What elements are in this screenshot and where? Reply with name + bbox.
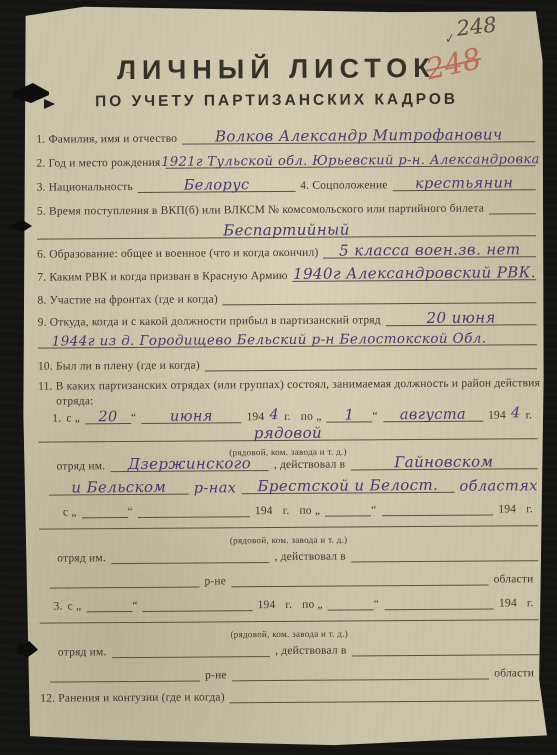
field-3-4-row: 3. Национальность Белорус 4. Соцположени… — [37, 171, 536, 193]
service-1-month-from: июня — [170, 408, 213, 424]
rne-label: р-не — [204, 575, 231, 587]
service-1-day-to-line: 1 — [326, 402, 372, 422]
service-2-position-line — [39, 511, 538, 529]
field-7-value: 1940г Александровский РВК. — [293, 263, 536, 283]
service-3-region-line2 — [232, 660, 490, 682]
field-6-label: 6. Образование: общее и военное (что и к… — [37, 247, 323, 261]
service-1-position: рядовой — [254, 424, 322, 442]
otryad-label: отряд им. — [58, 646, 112, 658]
field-12-label: 12. Ранения и контузии (где и когда) — [40, 691, 230, 704]
field-10-line — [205, 349, 537, 371]
field-3-label: 3. Национальность — [37, 181, 138, 194]
field-1-line: Волков Александр Митрофанович — [182, 122, 535, 144]
service-1-day-from-line: 20 — [85, 404, 131, 424]
service-1-otryad-line: Дзержинского — [110, 451, 269, 472]
field-1-value: Волков Александр Митрофанович — [215, 125, 503, 145]
form-content: ✓ 248 – ЛИЧНЫЙ ЛИСТОК 248 ПО УЧЕТУ ПАРТИ… — [0, 0, 557, 755]
field-3-line: Белорус — [138, 172, 295, 193]
field-5-row: 5. Время поступления в ВКП(б) или ВЛКСМ … — [37, 195, 536, 217]
page-number-pencil: 248 — [455, 12, 498, 40]
service-1-month-from-line: июня — [141, 403, 241, 424]
acted-label: , действовал в — [274, 550, 351, 563]
field-1-label: 1. Фамилия, имя и отчество — [36, 133, 182, 146]
field-2-row: 2. Год и место рождения 1921г Тульской о… — [36, 147, 535, 169]
year-printed: 194 — [488, 409, 511, 421]
field-10-label: 10. Был ли в плену (где и когда) — [38, 360, 205, 373]
quote-mark: “ — [131, 412, 141, 424]
service-2-region-line2 — [231, 566, 489, 588]
field-7-label: 7. Каким РВК и когда призван в Красную А… — [37, 270, 292, 284]
field-8-line — [223, 283, 537, 305]
service-3-position-line — [40, 605, 539, 623]
field-5-label: 5. Время поступления в ВКП(б) или ВЛКСМ … — [37, 203, 489, 218]
service-1-otryad-value: Дзержинского — [128, 454, 251, 473]
service-1-region-line1: и Бельском — [49, 475, 189, 496]
field-4-line: крестьянин — [393, 170, 536, 191]
service-1-region-line2: Брестской и Белост. — [241, 473, 454, 494]
service-1-year-to-hand: 4 — [511, 405, 521, 421]
service-1-num: 1. — [52, 412, 66, 424]
field-5-value-row: Беспартийный — [37, 217, 536, 239]
field-2-label: 2. Год и место рождения — [36, 157, 165, 170]
oblast-label: области — [494, 667, 539, 679]
year-suffix: г. — [284, 411, 296, 423]
field-5-value: Беспартийный — [223, 220, 350, 239]
field-9-value2: 1944г из д. Городищево Бельский р-н Бело… — [52, 331, 487, 350]
field-9-value2-row: 1944г из д. Городищево Бельский р-н Бело… — [38, 326, 537, 348]
service-1-oblast-hand: областях — [459, 478, 537, 495]
field-9-value1: 20 июня — [426, 308, 495, 326]
field-10-row: 10. Был ли в плену (где и когда) — [38, 350, 537, 372]
quote-mark: “ — [372, 410, 382, 422]
service-3-region-line1 — [50, 662, 200, 683]
service-1-acted-value: Гайновском — [394, 453, 493, 472]
field-9-line1: 20 июня — [386, 305, 537, 326]
service-1-region-hand1: и Бельском — [71, 478, 166, 497]
field-9-line2: 1944г из д. Городищево Бельский р-н Бело… — [38, 325, 537, 348]
field-4-label: 4. Соцположение — [300, 179, 392, 192]
field-8-label: 8. Участие на фронтах (где и когда) — [37, 293, 223, 306]
service-1-acted-line: Гайновском — [350, 449, 538, 470]
service-1-day-to: 1 — [345, 407, 355, 423]
field-6-row: 6. Образование: общее и военное (что и к… — [37, 238, 536, 260]
year-printed: 194 — [247, 411, 270, 423]
service-3-acted-line — [351, 635, 539, 656]
service-2-otryad-line — [111, 543, 270, 564]
field-5-line-short — [489, 194, 536, 214]
year-suffix: г. — [526, 409, 538, 421]
service-2-acted-line — [351, 541, 539, 562]
scanned-document: { "header": { "page_number": "248", "che… — [0, 0, 557, 755]
rne-label: р-не — [205, 669, 232, 681]
field-12-line — [230, 681, 540, 703]
oblast-label: области — [494, 573, 539, 585]
otryad-label: отряд им. — [57, 552, 111, 564]
service-3-region-row: р-не области — [50, 660, 539, 682]
field-2-line: 1921г Тульской обл. Юрьевский р-н. Алекс… — [165, 146, 535, 169]
field-12-row: 12. Ранения и контузии (где и когда) — [40, 682, 539, 704]
field-7-line: 1940г Александровский РВК. — [293, 260, 537, 282]
field-4-value: крестьянин — [415, 175, 513, 192]
service-1-position-line: рядовой — [38, 421, 537, 442]
service-1-day-from: 20 — [98, 409, 117, 425]
service-1-region-row: и Бельском р-нах Брестской и Белост. обл… — [49, 473, 538, 495]
service-1-year-from-hand: 4 — [269, 407, 279, 423]
service-2-region-row: р-не области — [49, 566, 538, 588]
field-6-value: 5 класса воен.зв. нет — [339, 240, 521, 259]
field-1-row: 1. Фамилия, имя и отчество Волков Алекса… — [36, 123, 535, 145]
service-2-position-row — [39, 512, 538, 529]
service-1-otryad-row: отряд им. Дзержинского , действовал в Га… — [57, 450, 538, 472]
field-8-row: 8. Участие на фронтах (где и когда) — [37, 284, 536, 306]
service-1-position-row: рядовой — [38, 422, 537, 442]
service-1-month-to-line: августа — [383, 402, 483, 423]
field-5-line-full: Беспартийный — [37, 216, 536, 239]
field-6-line: 5 класса воен.зв. нет — [323, 237, 536, 258]
service-3-position-row — [40, 606, 539, 623]
service-3-otryad-line — [111, 637, 270, 658]
service-1-rne-hand: р-нах — [194, 480, 237, 496]
service-2-otryad-row: отряд им. , действовал в — [57, 542, 538, 564]
otryad-label: отряд им. — [57, 460, 111, 472]
service-1-month-to: августа — [400, 407, 466, 423]
service-2-region-line1 — [49, 568, 199, 589]
field-3-value: Белорус — [184, 177, 250, 193]
acted-label: , действовал в — [274, 459, 351, 472]
field-2-value: 1921г Тульской обл. Юрьевский р-н. Алекс… — [161, 152, 540, 170]
service-1-region-hand2: Брестской и Белост. — [257, 476, 438, 495]
form-subtitle: ПО УЧЕТУ ПАРТИЗАНСКИХ КАДРОВ — [0, 90, 555, 112]
acted-label: , действовал в — [275, 644, 352, 657]
field-7-row: 7. Каким РВК и когда призван в Красную А… — [37, 261, 536, 283]
from-label: с „ — [66, 412, 85, 424]
service-3-otryad-row: отряд им. , действовал в — [58, 636, 539, 658]
to-label: по „ — [301, 411, 327, 423]
